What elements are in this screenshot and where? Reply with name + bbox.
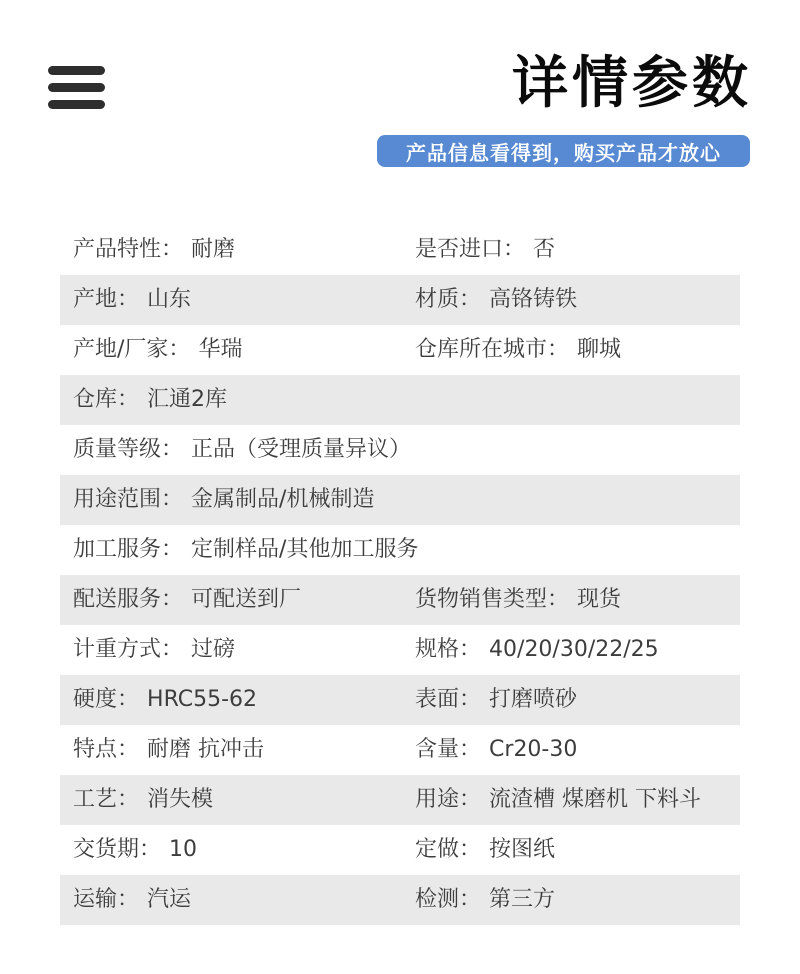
param-cell: 材质：高铬铸铁 <box>415 289 577 311</box>
param-value: 否 <box>533 239 555 261</box>
param-value: 现货 <box>577 589 621 611</box>
detail-parameters-page: 详情参数 产品信息看得到，购买产品才放心 产品特性：耐磨 是否进口：否 产地：山… <box>0 0 800 974</box>
param-value: 第三方 <box>489 889 555 911</box>
param-label: 配送服务 <box>73 589 161 611</box>
param-row: 计重方式：过磅 规格：40/20/30/22/25 <box>60 625 740 675</box>
param-cell: 仓库：汇通2库 <box>73 389 227 411</box>
param-colon: ： <box>117 739 139 761</box>
param-label: 计重方式 <box>73 639 161 661</box>
param-value: 山东 <box>147 289 191 311</box>
param-cell: 用途：流渣槽 煤磨机 下料斗 <box>415 789 701 811</box>
param-colon: ： <box>459 289 481 311</box>
param-value: 聊城 <box>577 339 621 361</box>
hamburger-menu-icon <box>48 66 105 109</box>
param-value: 高铬铸铁 <box>489 289 577 311</box>
param-value: HRC55-62 <box>147 689 257 711</box>
page-title: 详情参数 <box>512 52 752 116</box>
param-cell: 产地：山东 <box>73 289 191 311</box>
param-row: 工艺：消失模 用途：流渣槽 煤磨机 下料斗 <box>60 775 740 825</box>
slogan-banner: 产品信息看得到，购买产品才放心 <box>377 135 750 167</box>
param-value: 打磨喷砂 <box>489 689 577 711</box>
param-colon: ： <box>161 439 183 461</box>
param-colon: ： <box>503 239 525 261</box>
param-colon: ： <box>168 339 190 361</box>
param-colon: ： <box>117 289 139 311</box>
param-label: 运输 <box>73 889 117 911</box>
param-cell: 产品特性：耐磨 <box>73 239 235 261</box>
param-label: 含量 <box>415 739 459 761</box>
param-cell: 计重方式：过磅 <box>73 639 235 661</box>
param-label: 仓库 <box>73 389 117 411</box>
menu-bar <box>48 66 105 75</box>
param-value: 耐磨 <box>191 239 235 261</box>
param-label: 材质 <box>415 289 459 311</box>
param-cell: 配送服务：可配送到厂 <box>73 589 301 611</box>
param-label: 定做 <box>415 839 459 861</box>
param-colon: ： <box>459 839 481 861</box>
param-colon: ： <box>547 589 569 611</box>
param-cell: 工艺：消失模 <box>73 789 213 811</box>
param-cell: 货物销售类型：现货 <box>415 589 621 611</box>
param-value: 10 <box>169 839 197 861</box>
param-cell: 加工服务：定制样品/其他加工服务 <box>73 539 418 561</box>
param-value: 汇通2库 <box>147 389 227 411</box>
param-row: 加工服务：定制样品/其他加工服务 <box>60 525 740 575</box>
param-label: 产地 <box>73 289 117 311</box>
param-row: 特点：耐磨 抗冲击 含量：Cr20-30 <box>60 725 740 775</box>
menu-bar <box>48 83 105 92</box>
param-colon: ： <box>547 339 569 361</box>
param-value: 耐磨 抗冲击 <box>147 739 264 761</box>
param-row: 运输：汽运 检测：第三方 <box>60 875 740 925</box>
param-cell: 交货期：10 <box>73 839 197 861</box>
param-label: 产地/厂家 <box>73 339 168 361</box>
param-colon: ： <box>459 689 481 711</box>
param-value: 40/20/30/22/25 <box>489 639 659 661</box>
param-label: 仓库所在城市 <box>415 339 547 361</box>
param-label: 质量等级 <box>73 439 161 461</box>
param-label: 规格 <box>415 639 459 661</box>
param-cell: 运输：汽运 <box>73 889 191 911</box>
param-row: 产地：山东 材质：高铬铸铁 <box>60 275 740 325</box>
param-value: 正品（受理质量异议） <box>191 439 411 461</box>
param-cell: 特点：耐磨 抗冲击 <box>73 739 264 761</box>
param-cell: 含量：Cr20-30 <box>415 739 577 761</box>
menu-bar <box>48 100 105 109</box>
param-colon: ： <box>161 489 183 511</box>
param-cell: 质量等级：正品（受理质量异议） <box>73 439 411 461</box>
param-value: 消失模 <box>147 789 213 811</box>
param-value: 华瑞 <box>198 339 242 361</box>
param-colon: ： <box>117 389 139 411</box>
param-colon: ： <box>161 639 183 661</box>
param-colon: ： <box>139 839 161 861</box>
param-colon: ： <box>459 739 481 761</box>
param-cell: 是否进口：否 <box>415 239 555 261</box>
param-row: 产地/厂家：华瑞 仓库所在城市：聊城 <box>60 325 740 375</box>
param-colon: ： <box>459 889 481 911</box>
param-cell: 表面：打磨喷砂 <box>415 689 577 711</box>
param-colon: ： <box>117 789 139 811</box>
param-colon: ： <box>161 539 183 561</box>
param-cell: 仓库所在城市：聊城 <box>415 339 621 361</box>
param-value: 可配送到厂 <box>191 589 301 611</box>
param-label: 加工服务 <box>73 539 161 561</box>
param-row: 配送服务：可配送到厂 货物销售类型：现货 <box>60 575 740 625</box>
param-cell: 定做：按图纸 <box>415 839 555 861</box>
param-value: 定制样品/其他加工服务 <box>191 539 418 561</box>
param-label: 货物销售类型 <box>415 589 547 611</box>
param-label: 表面 <box>415 689 459 711</box>
param-row: 硬度：HRC55-62 表面：打磨喷砂 <box>60 675 740 725</box>
param-row: 产品特性：耐磨 是否进口：否 <box>60 225 740 275</box>
param-label: 用途 <box>415 789 459 811</box>
param-colon: ： <box>161 589 183 611</box>
param-label: 是否进口 <box>415 239 503 261</box>
param-label: 用途范围 <box>73 489 161 511</box>
param-cell: 产地/厂家：华瑞 <box>73 339 242 361</box>
slogan-text: 产品信息看得到，购买产品才放心 <box>406 137 721 166</box>
param-cell: 规格：40/20/30/22/25 <box>415 639 659 661</box>
param-row: 仓库：汇通2库 <box>60 375 740 425</box>
param-value: 汽运 <box>147 889 191 911</box>
param-row: 用途范围：金属制品/机械制造 <box>60 475 740 525</box>
param-cell: 检测：第三方 <box>415 889 555 911</box>
param-label: 工艺 <box>73 789 117 811</box>
param-cell: 用途范围：金属制品/机械制造 <box>73 489 374 511</box>
parameters-table: 产品特性：耐磨 是否进口：否 产地：山东 材质：高铬铸铁 产地/厂家：华瑞 仓库… <box>60 225 740 925</box>
param-row: 交货期：10 定做：按图纸 <box>60 825 740 875</box>
param-colon: ： <box>161 239 183 261</box>
param-label: 硬度 <box>73 689 117 711</box>
param-value: Cr20-30 <box>489 739 577 761</box>
param-label: 特点 <box>73 739 117 761</box>
param-value: 按图纸 <box>489 839 555 861</box>
param-label: 检测 <box>415 889 459 911</box>
param-colon: ： <box>459 639 481 661</box>
param-label: 交货期 <box>73 839 139 861</box>
param-label: 产品特性 <box>73 239 161 261</box>
param-colon: ： <box>117 889 139 911</box>
param-value: 流渣槽 煤磨机 下料斗 <box>489 789 701 811</box>
param-value: 金属制品/机械制造 <box>191 489 374 511</box>
param-cell: 硬度：HRC55-62 <box>73 689 257 711</box>
param-row: 质量等级：正品（受理质量异议） <box>60 425 740 475</box>
param-colon: ： <box>459 789 481 811</box>
param-value: 过磅 <box>191 639 235 661</box>
param-colon: ： <box>117 689 139 711</box>
